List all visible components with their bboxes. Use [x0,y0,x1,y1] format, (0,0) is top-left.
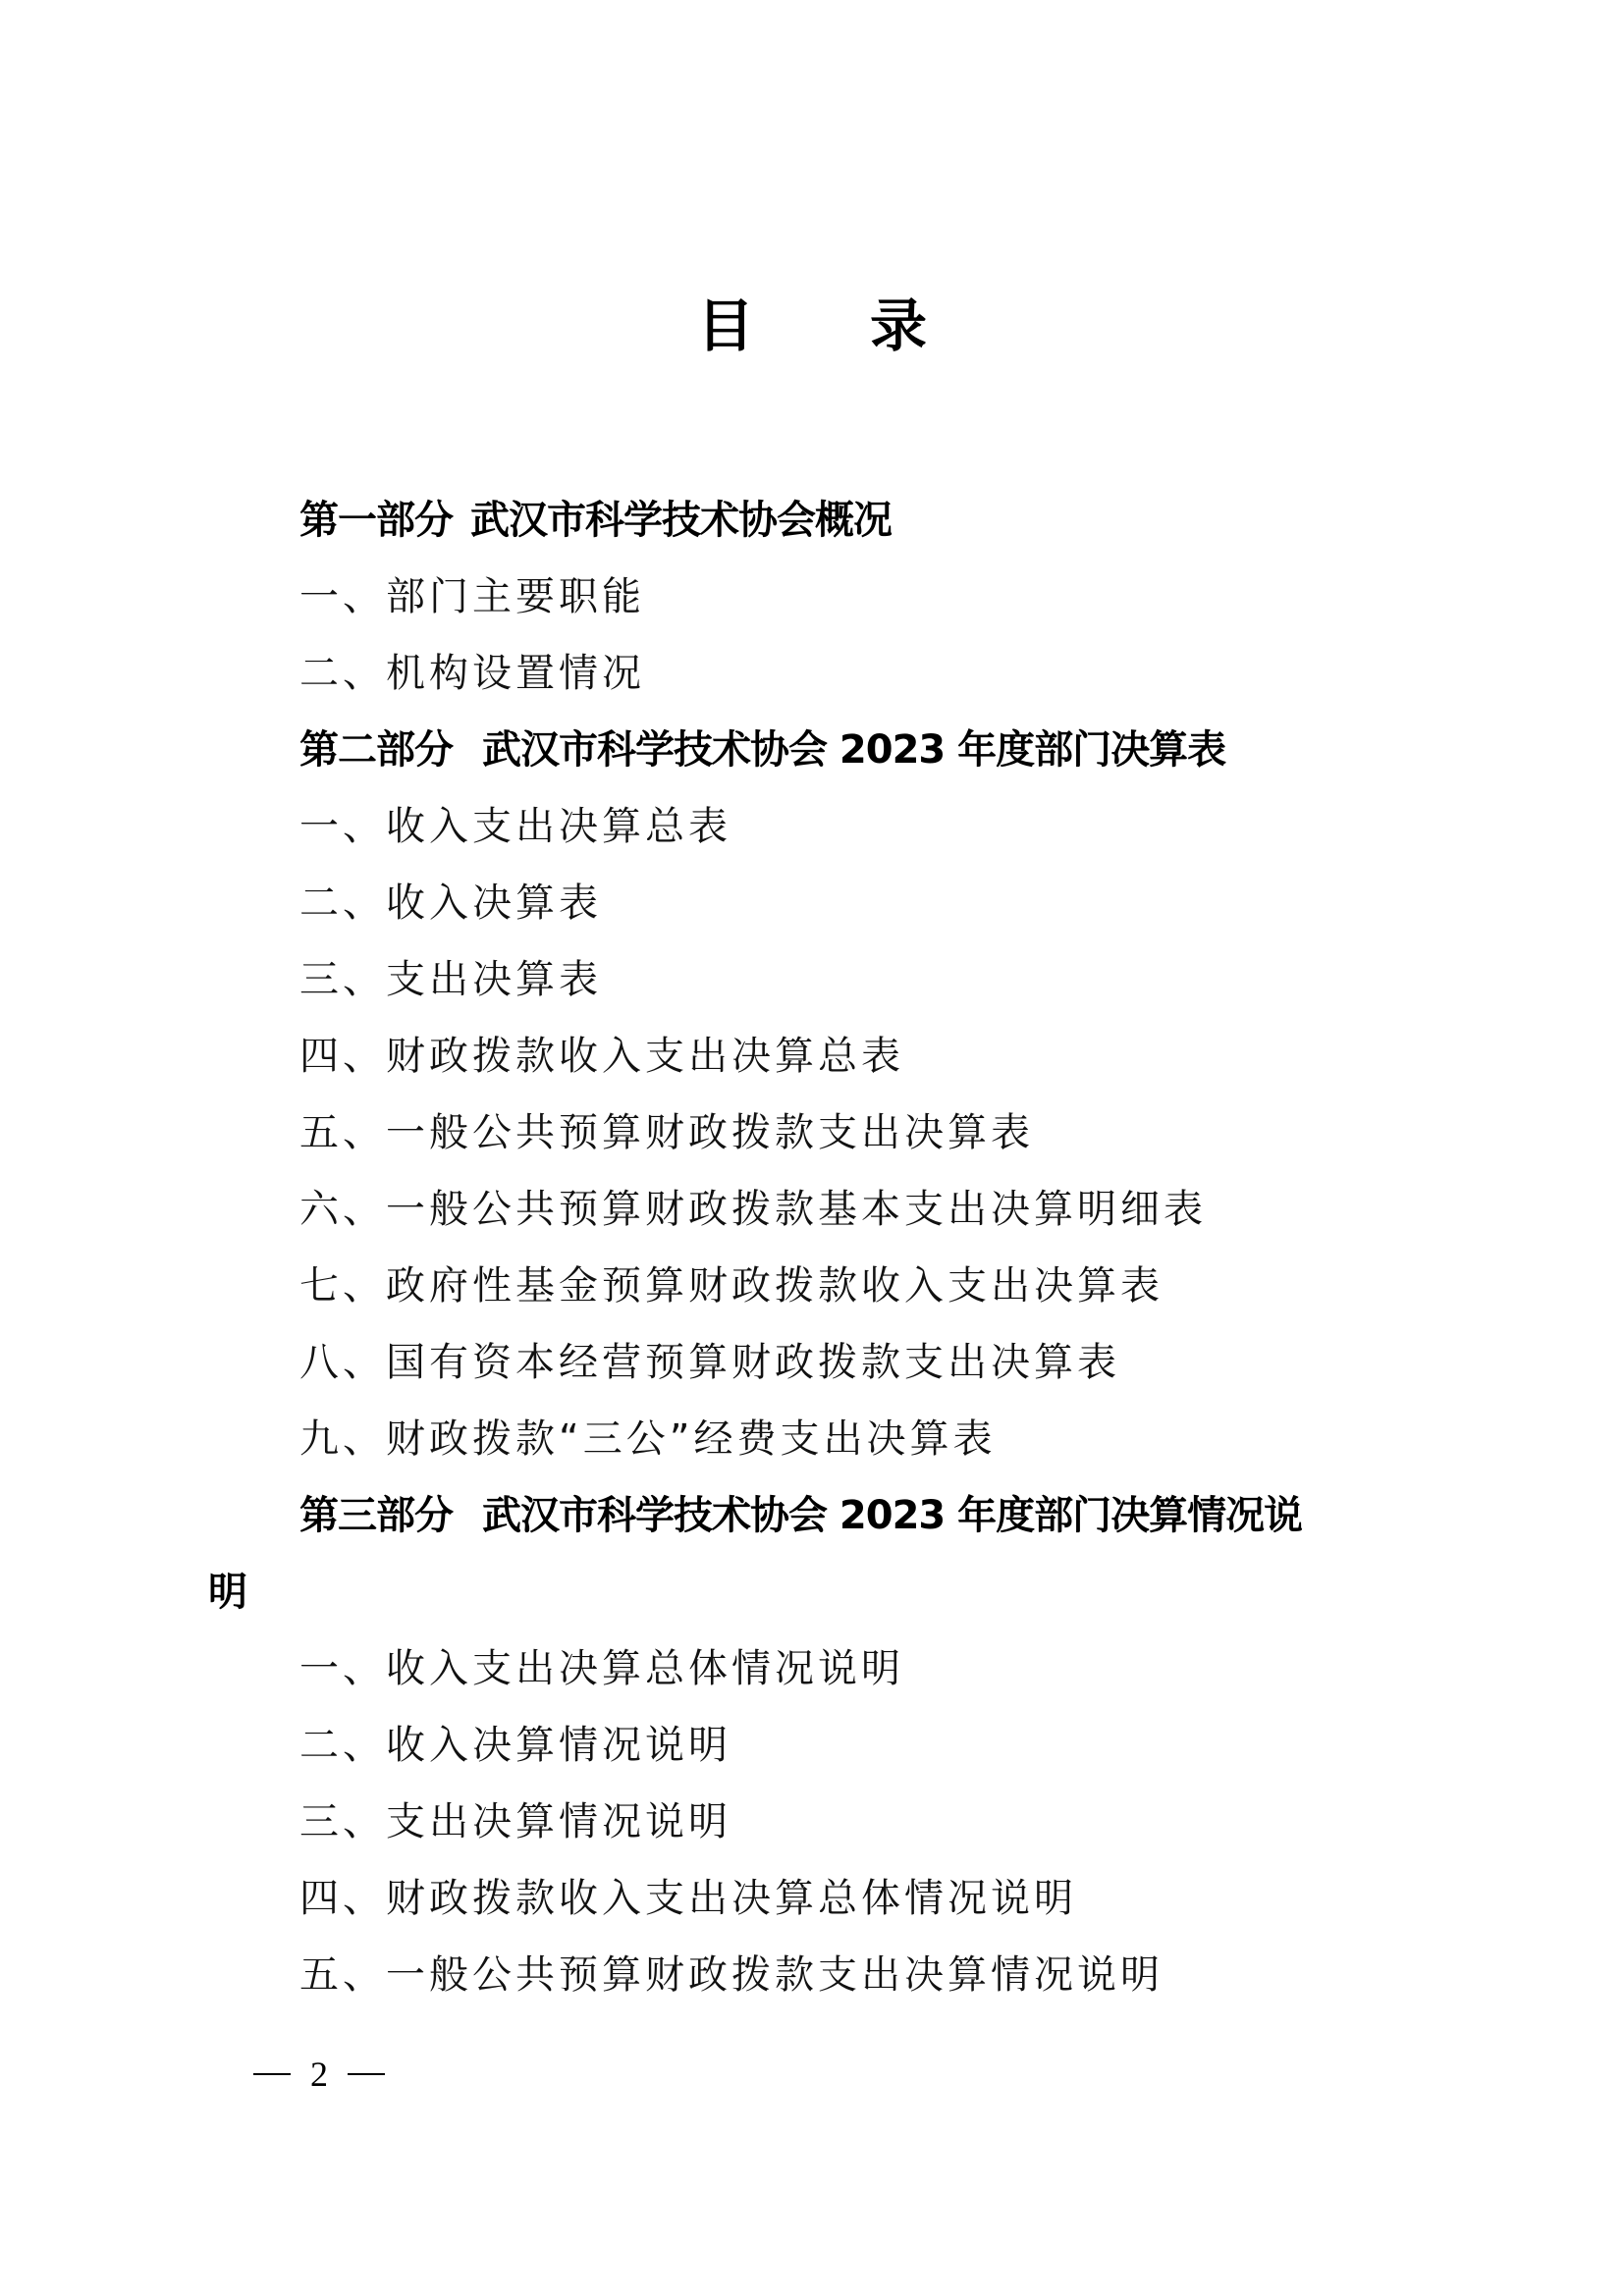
toc-item[interactable]: 一、部门主要职能 [299,575,645,652]
title-char-2: 录 [870,287,927,365]
toc-heading-part-3-wrap[interactable]: 明 [208,1571,246,1647]
part-label: 第二部分 [299,727,453,773]
footer-dash-left [253,2073,291,2075]
toc-item[interactable]: 二、机构设置情况 [299,652,645,728]
toc-item[interactable]: 二、收入决算表 [299,881,602,958]
toc-heading-part-2[interactable]: 第二部分武汉市科学技术协会 2023 年度部门决算表 [299,728,1225,805]
toc-item[interactable]: 一、收入支出决算总表 [299,805,731,881]
page-footer: 2 [253,2052,385,2097]
part-label: 第三部分 [299,1493,453,1538]
toc-heading-part-3[interactable]: 第三部分武汉市科学技术协会 2023 年度部门决算情况说 [299,1494,1302,1571]
toc-item[interactable]: 四、财政拨款收入支出决算总体情况说明 [299,1877,1077,1953]
toc-item[interactable]: 四、财政拨款收入支出决算总表 [299,1035,904,1111]
document-page: 目录 第一部分武汉市科学技术协会概况 一、部门主要职能 二、机构设置情况 第二部… [0,0,1624,2296]
title-char-1: 目 [697,287,754,365]
toc-item[interactable]: 三、支出决算表 [299,958,602,1035]
toc-item[interactable]: 一、收入支出决算总体情况说明 [299,1647,904,1724]
toc-item[interactable]: 五、一般公共预算财政拨款支出决算表 [299,1111,1034,1188]
page-number: 2 [310,2054,328,2095]
toc-item[interactable]: 七、政府性基金预算财政拨款收入支出决算表 [299,1264,1164,1341]
part-title: 武汉市科学技术协会 2023 年度部门决算情况说 [482,1493,1302,1538]
toc-heading-part-1[interactable]: 第一部分武汉市科学技术协会概况 [299,499,892,575]
toc-item[interactable]: 六、一般公共预算财政拨款基本支出决算明细表 [299,1188,1207,1264]
part-title: 武汉市科学技术协会 2023 年度部门决算表 [482,727,1225,773]
toc-item[interactable]: 五、一般公共预算财政拨款支出决算情况说明 [299,1953,1164,2030]
toc-item[interactable]: 九、财政拨款“三公”经费支出决算表 [299,1417,996,1494]
toc-item[interactable]: 八、国有资本经营预算财政拨款支出决算表 [299,1341,1120,1417]
toc-item[interactable]: 三、支出决算情况说明 [299,1800,731,1877]
part-title: 武汉市科学技术协会概况 [470,498,892,543]
part-label: 第一部分 [299,498,453,543]
footer-dash-right [348,2073,385,2075]
toc-item[interactable]: 二、收入决算情况说明 [299,1724,731,1800]
page-title: 目录 [0,287,1624,365]
